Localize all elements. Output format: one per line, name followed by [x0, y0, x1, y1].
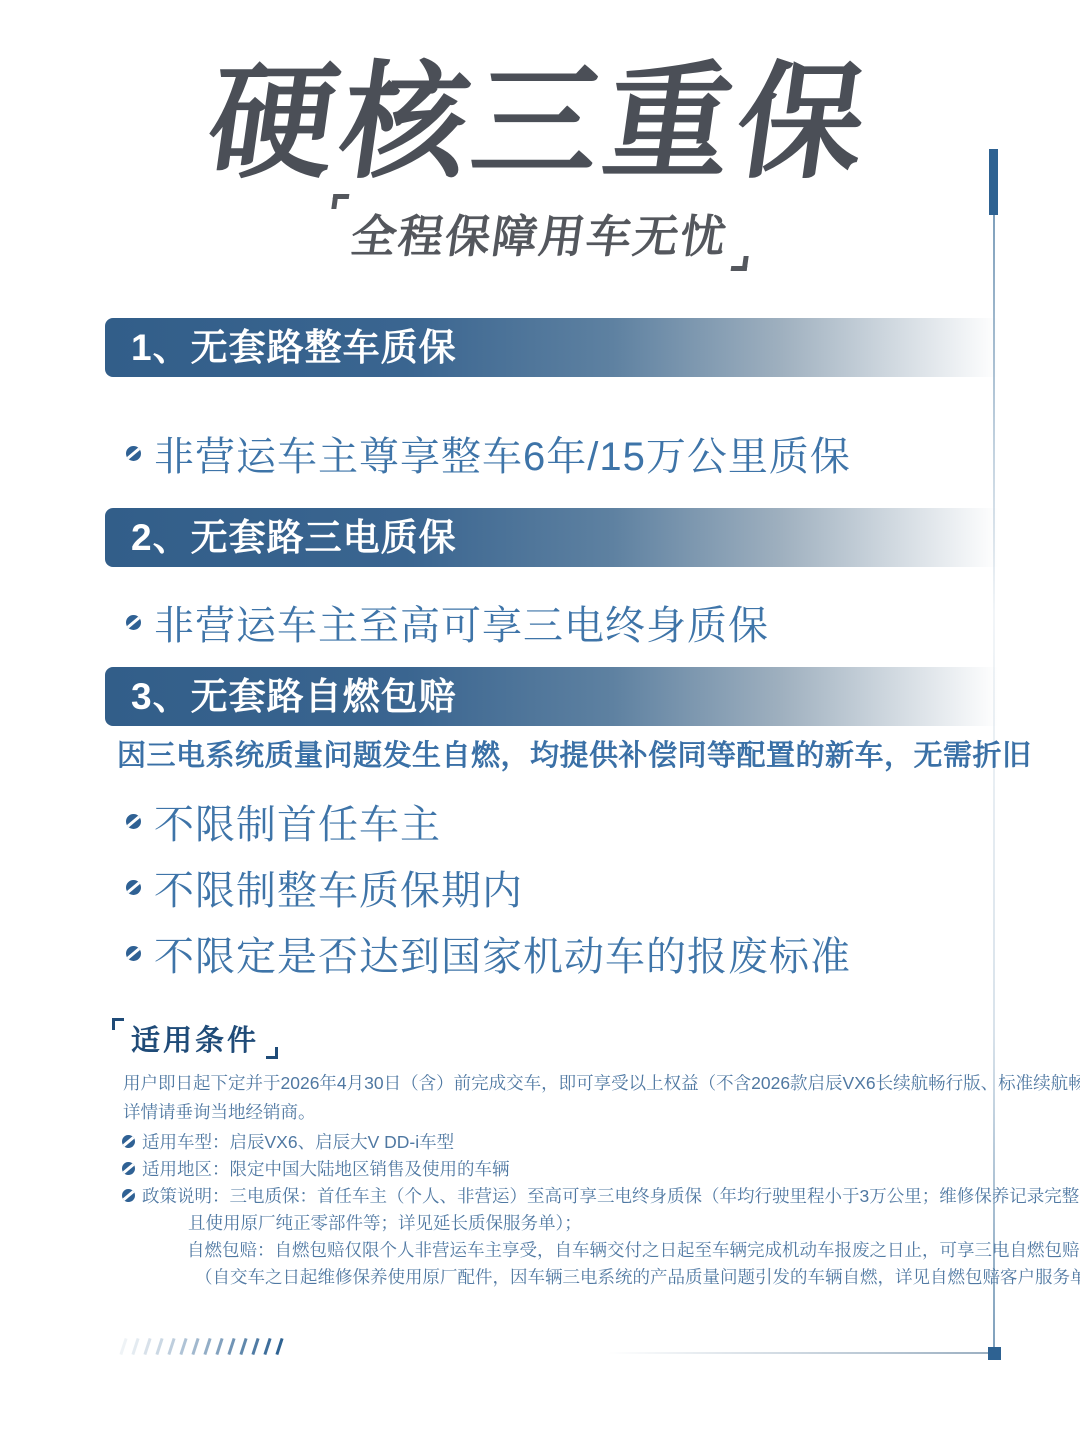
page-title: 硬核三重保	[200, 52, 880, 193]
accent-horizontal-line	[608, 1352, 988, 1354]
bean-bullet-icon	[126, 814, 141, 829]
condition-text: 限定中国大陆地区销售及使用的车辆	[230, 1159, 510, 1179]
bean-bullet-icon	[126, 880, 141, 895]
section-2-title: 2、无套路三电质保	[131, 517, 457, 558]
corner-bracket-left-icon	[112, 1018, 124, 1030]
bean-bullet-icon	[122, 1189, 135, 1202]
page-subtitle-text: 全程保障用车无忧	[347, 200, 732, 265]
section-3-description: 因三电系统质量问题发生自燃，均提供补偿同等配置的新车，无需折旧	[117, 733, 1032, 774]
conditions-intro-line: 详情请垂询当地经销商。	[123, 1099, 316, 1124]
section-1-title: 1、无套路整车质保	[131, 327, 457, 368]
conditions-intro-line: 用户即日起下定并于2026年4月30日（含）前完成交车，即可享受以上权益（不含2…	[123, 1070, 1080, 1095]
condition-text: 启辰VX6、启辰大V DD-i车型	[230, 1132, 455, 1152]
condition-item-regions: 适用地区：限定中国大陆地区销售及使用的车辆	[122, 1156, 510, 1181]
section-1-header: 1、无套路整车质保	[105, 318, 1045, 377]
conditions-title: 适用条件	[112, 1018, 278, 1059]
bean-bullet-icon	[126, 946, 141, 961]
poster-page: 硬核三重保 全程保障用车无忧 1、无套路整车质保 非营运车主尊享整车6年/15万…	[0, 0, 1080, 1434]
slash-marks-decoration	[122, 1338, 281, 1355]
benefit-text: 不限制首任车主	[154, 793, 441, 850]
benefit-text: 不限制整车质保期内	[154, 859, 523, 916]
benefit-item: 不限制首任车主	[126, 793, 441, 850]
benefit-text: 非营运车主至高可享三电终身质保	[154, 594, 769, 651]
bean-bullet-icon	[122, 1162, 135, 1175]
condition-text: 三电质保：首任车主（个人、非营运）至高可享三电终身质保（年均行驶里程小于3万公里…	[230, 1186, 1080, 1206]
corner-bracket-right-icon	[266, 1047, 278, 1059]
section-3-title: 3、无套路自燃包赔	[131, 676, 457, 717]
accent-square	[988, 1347, 1001, 1360]
section-2-header: 2、无套路三电质保	[105, 508, 1045, 567]
corner-bracket-left-icon	[331, 194, 349, 209]
page-subtitle: 全程保障用车无忧	[323, 200, 756, 265]
policy-extra-line: 且使用原厂纯正零部件等；详见延长质保服务单）；	[188, 1210, 582, 1235]
condition-item-vehicles: 适用车型：启辰VX6、启辰大V DD-i车型	[122, 1129, 454, 1154]
conditions-title-text: 适用条件	[131, 1018, 259, 1059]
bean-bullet-icon	[122, 1135, 135, 1148]
accent-vertical-bar	[989, 149, 998, 215]
benefit-text: 非营运车主尊享整车6年/15万公里质保	[154, 425, 851, 482]
section-3-header: 3、无套路自燃包赔	[105, 667, 1045, 726]
benefit-item: 非营运车主至高可享三电终身质保	[126, 594, 769, 651]
benefit-item: 不限定是否达到国家机动车的报废标准	[126, 925, 851, 982]
condition-item-policy: 政策说明：三电质保：首任车主（个人、非营运）至高可享三电终身质保（年均行驶里程小…	[122, 1183, 1080, 1208]
benefit-item: 非营运车主尊享整车6年/15万公里质保	[126, 425, 851, 482]
bean-bullet-icon	[126, 615, 141, 630]
condition-label: 政策说明：	[142, 1186, 230, 1206]
policy-extra-line: （自交车之日起维修保养使用原厂配件，因车辆三电系统的产品质量问题引发的车辆自燃，…	[195, 1264, 1080, 1289]
policy-extra-line: 自燃包赔：自燃包赔仅限个人非营运车主享受，自车辆交付之日起至车辆完成机动车报废之…	[187, 1237, 1080, 1262]
condition-label: 适用地区：	[142, 1159, 230, 1179]
corner-bracket-right-icon	[731, 256, 749, 271]
benefit-item: 不限制整车质保期内	[126, 859, 523, 916]
bean-bullet-icon	[126, 446, 141, 461]
condition-label: 适用车型：	[142, 1132, 230, 1152]
benefit-text: 不限定是否达到国家机动车的报废标准	[154, 925, 851, 982]
accent-vertical-line	[993, 215, 995, 1351]
